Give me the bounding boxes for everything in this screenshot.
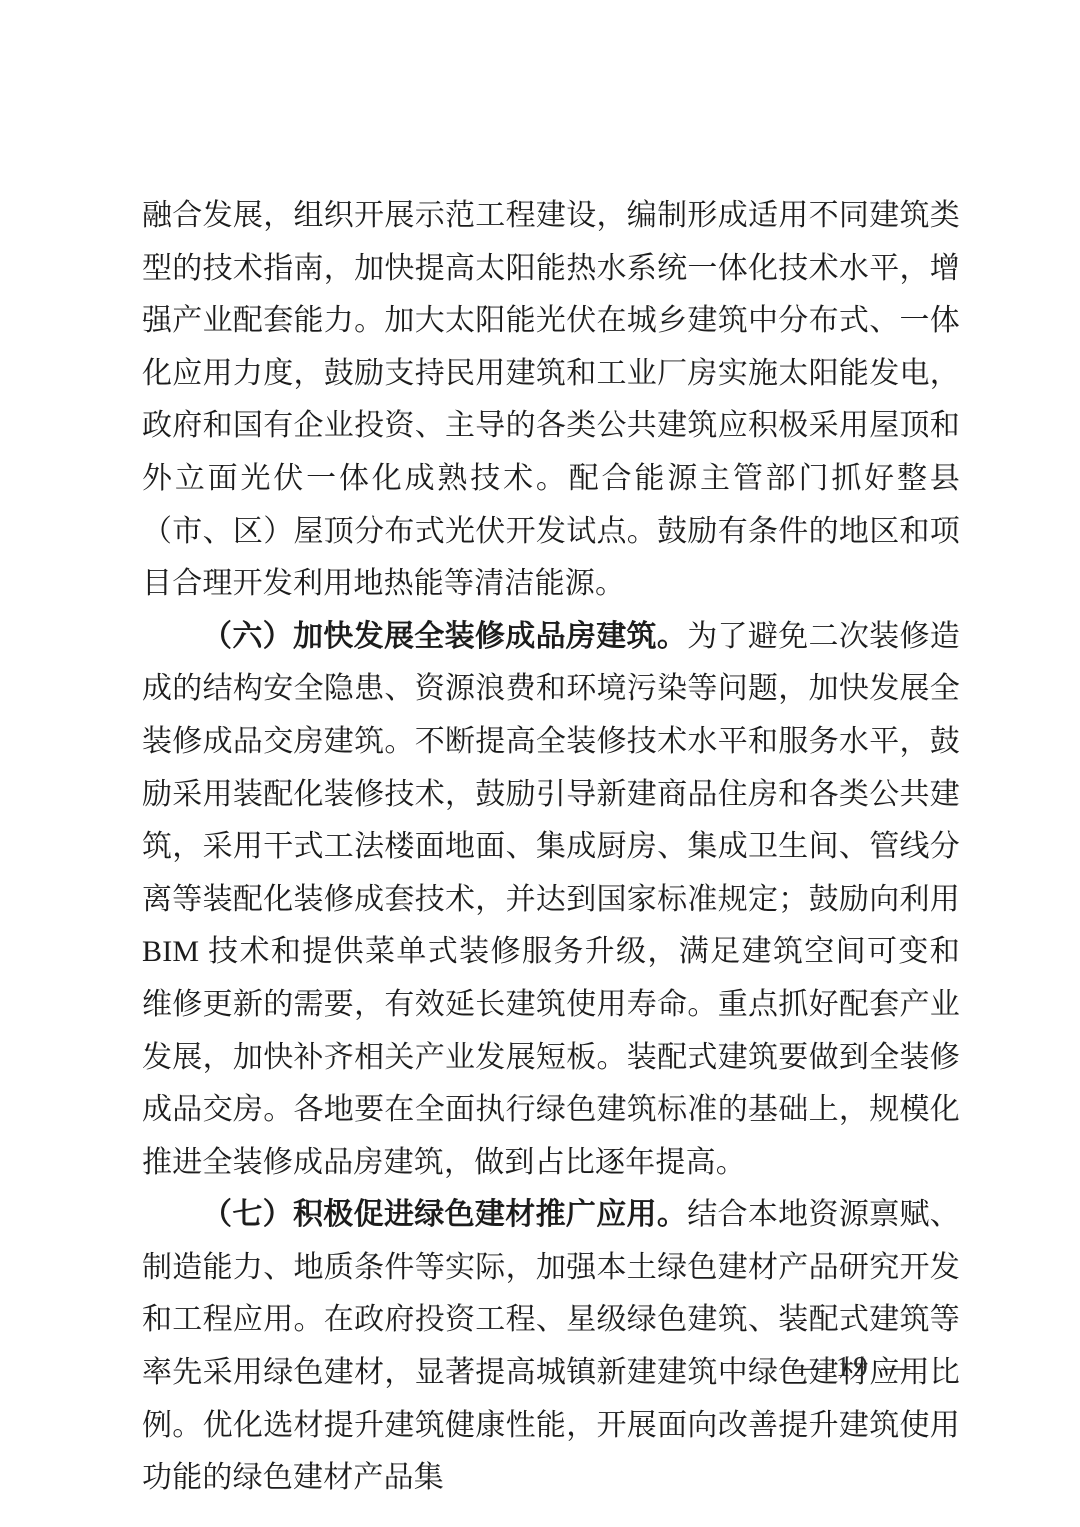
page-number: — 19 — [794,1351,914,1383]
paragraph-item-6: （六）加快发展全装修成品房建筑。为了避免二次装修造成的结构安全隐患、资源浪费和环… [142,611,960,1190]
document-page: 融合发展，组织开展示范工程建设，编制形成适用不同建筑类型的技术指南，加快提高太阳… [0,0,1080,1527]
paragraph-item-7-text: 结合本地资源禀赋、制造能力、地质条件等实际，加强本土绿色建材产品研究开发和工程应… [142,1198,960,1494]
page-footer: — 19 — [794,1351,914,1384]
paragraph-item-6-text: 为了避免二次装修造成的结构安全隐患、资源浪费和环境污染等问题，加快发展全装修成品… [142,620,960,1179]
paragraph-item-6-heading: （六）加快发展全装修成品房建筑。 [202,620,687,653]
paragraph-item-7-heading: （七）积极促进绿色建材推广应用。 [202,1198,687,1231]
paragraph-item-7: （七）积极促进绿色建材推广应用。结合本地资源禀赋、制造能力、地质条件等实际，加强… [142,1189,960,1505]
paragraph-solar-energy-continuation: 融合发展，组织开展示范工程建设，编制形成适用不同建筑类型的技术指南，加快提高太阳… [142,190,960,611]
document-body: 融合发展，组织开展示范工程建设，编制形成适用不同建筑类型的技术指南，加快提高太阳… [142,190,960,1505]
